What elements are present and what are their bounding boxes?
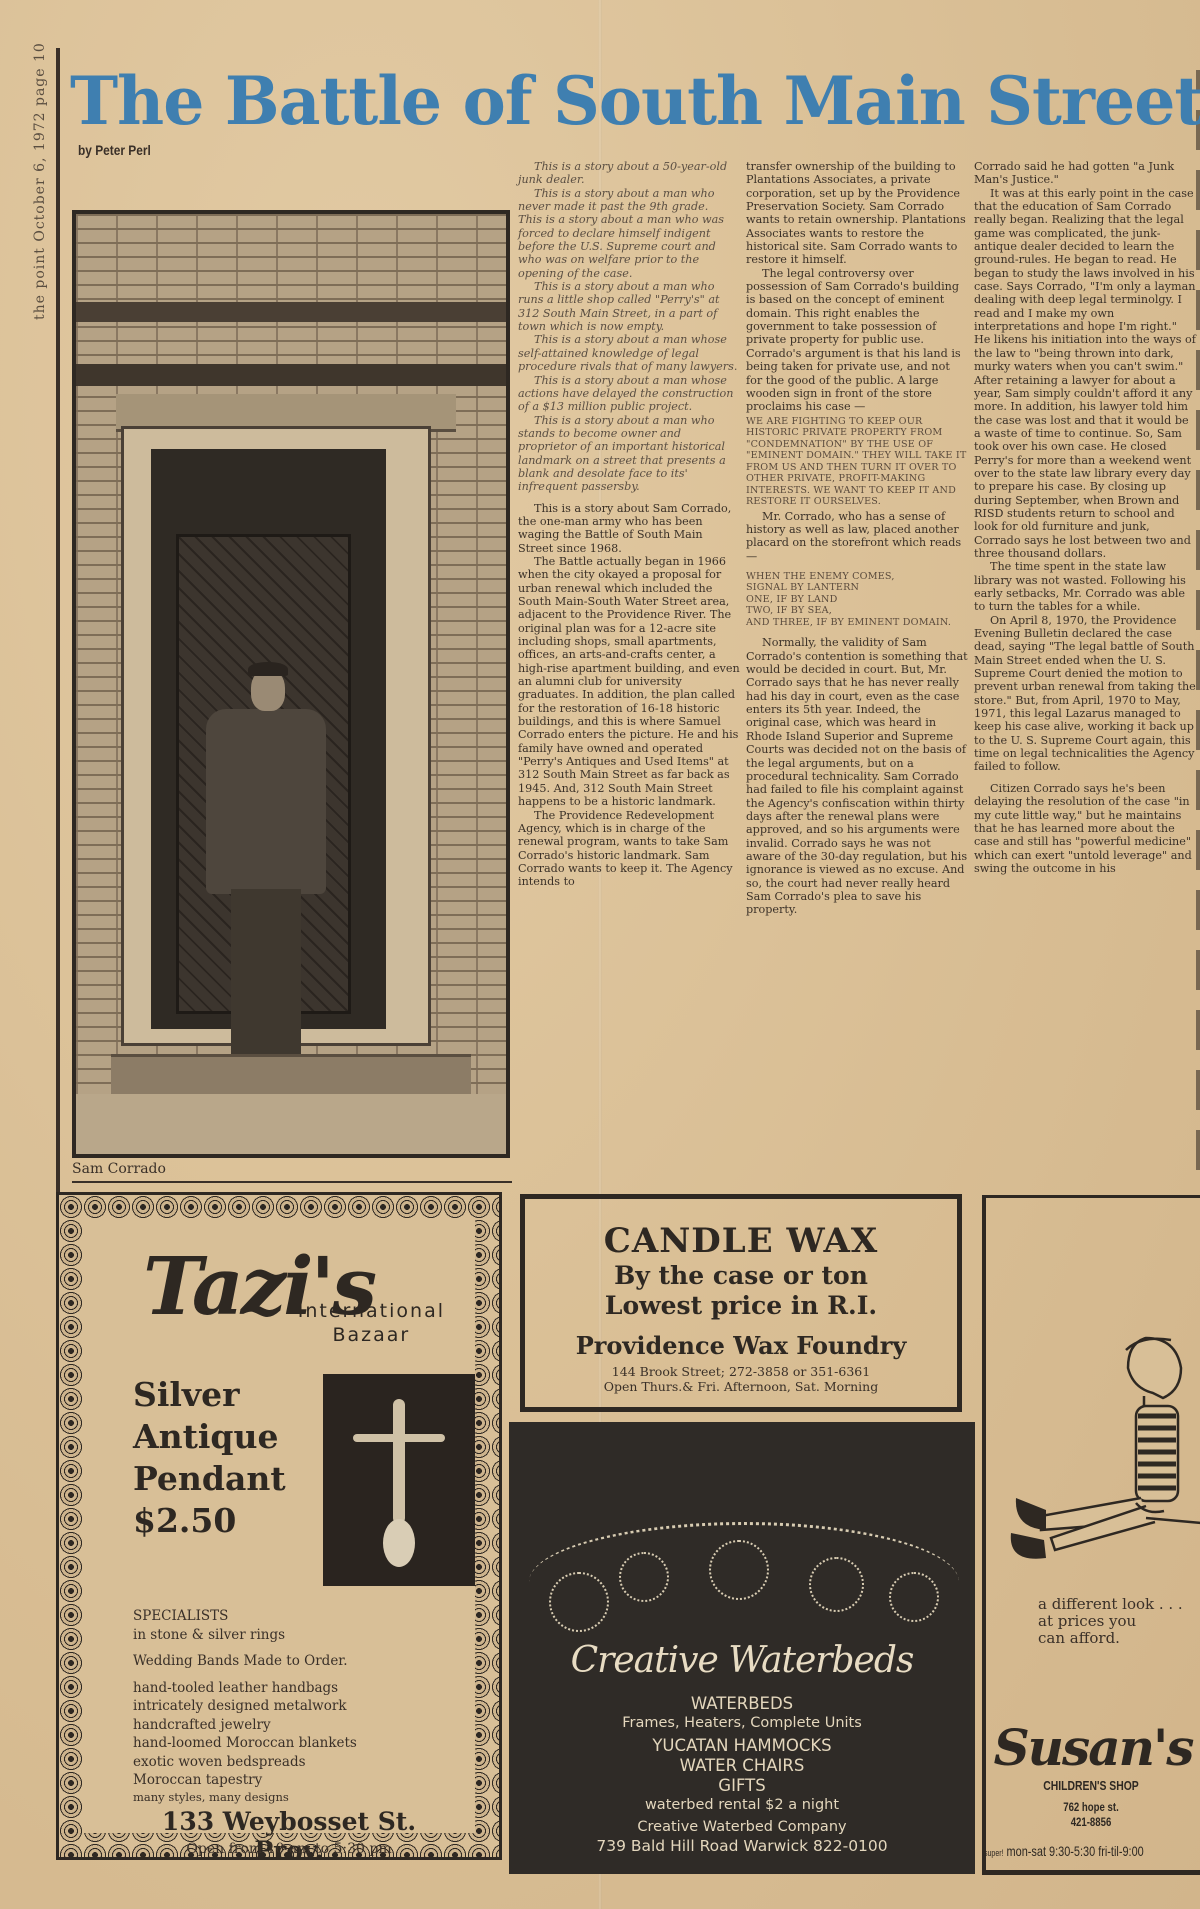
pendant-spoon bbox=[383, 1519, 415, 1567]
photo-caption: Sam Corrado bbox=[72, 1161, 512, 1177]
bubble-icon bbox=[549, 1572, 609, 1632]
body-paragraph: Mr. Corrado, who has a sense of history … bbox=[746, 510, 968, 563]
candle-line: Lowest price in R.I. bbox=[525, 1291, 957, 1321]
placard-line: SIGNAL BY LANTERN bbox=[746, 582, 968, 594]
list-item: WATERBEDS bbox=[509, 1694, 975, 1714]
waterbeds-address: 739 Bald Hill Road Warwick 822-0100 bbox=[509, 1836, 975, 1856]
offer-line: Antique bbox=[133, 1416, 286, 1458]
ad-body: Tazi's International Bazaar Silver Antiq… bbox=[83, 1219, 475, 1833]
super-label: super! bbox=[984, 1848, 1004, 1858]
candle-address: 144 Brook Street; 272-3858 or 351-6361 bbox=[525, 1364, 957, 1379]
placard-line: AND THREE, IF BY EMINENT DOMAIN. bbox=[746, 617, 968, 629]
sign-quote: WE ARE FIGHTING TO KEEP OUR HISTORIC PRI… bbox=[746, 416, 968, 508]
susans-subtitle: CHILDREN'S SHOP bbox=[1007, 1778, 1175, 1793]
body-paragraph: The Battle actually began in 1966 when t… bbox=[518, 555, 740, 809]
candle-title: CANDLE WAX bbox=[525, 1221, 957, 1261]
ad-candle-wax: CANDLE WAX By the case or ton Lowest pri… bbox=[520, 1194, 962, 1412]
photo-sam-corrado bbox=[72, 210, 510, 1158]
pendant-icon bbox=[393, 1399, 405, 1524]
article-column-3: Corrado said he had gotten "a Junk Man's… bbox=[974, 160, 1196, 875]
body-paragraph: The legal controversy over possession of… bbox=[746, 267, 968, 414]
offer-line: Pendant bbox=[133, 1458, 286, 1500]
article-headline: The Battle of South Main Street bbox=[70, 62, 1200, 140]
susans-street: 762 hope st. bbox=[1007, 1800, 1175, 1815]
bubble-icon bbox=[889, 1572, 939, 1622]
tagline-line: a different look . . . bbox=[1038, 1596, 1183, 1613]
list-item: hand-tooled leather handbags bbox=[133, 1679, 493, 1698]
intro-paragraph: This is a story about a man who stands t… bbox=[518, 414, 740, 494]
bubble-icon bbox=[809, 1557, 864, 1612]
list-item: GIFTS bbox=[509, 1776, 975, 1796]
list-item: hand-loomed Moroccan blankets bbox=[133, 1734, 493, 1753]
intro-paragraph: This is a story about a man who was forc… bbox=[518, 213, 740, 280]
susans-phone: 421-8856 bbox=[1007, 1815, 1175, 1830]
ad-susans-childrens-shop: a different look . . . at prices you can… bbox=[982, 1195, 1200, 1875]
pendant-offer: Silver Antique Pendant $2.50 bbox=[133, 1374, 286, 1542]
pendant-crossbar bbox=[353, 1434, 445, 1442]
candle-line: By the case or ton bbox=[525, 1261, 957, 1291]
man-figure bbox=[206, 709, 326, 894]
tazis-hours: Open from 10 am to 5:30 pm bbox=[123, 1841, 455, 1857]
list-item: Moroccan tapestry bbox=[133, 1771, 493, 1790]
tagline-line: at prices you bbox=[1038, 1613, 1183, 1630]
sidewalk bbox=[76, 1094, 506, 1154]
candle-hours: Open Thurs.& Fri. Afternoon, Sat. Mornin… bbox=[525, 1379, 957, 1394]
intro-paragraph: This is a story about a man who runs a l… bbox=[518, 280, 740, 333]
intro-paragraph: This is a story about a man whose action… bbox=[518, 374, 740, 414]
man-cap bbox=[248, 662, 288, 676]
list-item: Frames, Heaters, Complete Units bbox=[509, 1714, 975, 1732]
body-paragraph: This is a story about Sam Corrado, the o… bbox=[518, 502, 740, 555]
caption-rule bbox=[72, 1181, 512, 1183]
bubble-icon bbox=[619, 1552, 669, 1602]
pendant-image bbox=[323, 1374, 475, 1586]
placard-line: ONE, IF BY LAND bbox=[746, 594, 968, 606]
article-column-2: transfer ownership of the building to Pl… bbox=[746, 160, 968, 917]
body-paragraph: Corrado said he had gotten "a Junk Man's… bbox=[974, 160, 1196, 187]
intro-paragraph: This is a story about a 50-year-old junk… bbox=[518, 160, 740, 187]
tagline-line: can afford. bbox=[1038, 1630, 1183, 1647]
tazis-product-list: SPECIALISTS in stone & silver rings Wedd… bbox=[133, 1607, 493, 1804]
susans-tagline: a different look . . . at prices you can… bbox=[1038, 1596, 1183, 1647]
placard-line: TWO, IF BY SEA, bbox=[746, 605, 968, 617]
offer-line: Silver bbox=[133, 1374, 286, 1416]
body-paragraph: It was at this early point in the case t… bbox=[974, 187, 1196, 561]
door-step bbox=[111, 1054, 471, 1094]
list-item: waterbed rental $2 a night bbox=[509, 1796, 975, 1814]
waterbeds-company: Creative Waterbed Company bbox=[509, 1818, 975, 1836]
body-paragraph: The time spent in the state law library … bbox=[974, 560, 1196, 613]
body-paragraph: The Providence Redevelopment Agency, whi… bbox=[518, 809, 740, 889]
ad-tazis-bazaar: Tazi's International Bazaar Silver Antiq… bbox=[56, 1192, 502, 1860]
placard-quote: WHEN THE ENEMY COMES, SIGNAL BY LANTERN … bbox=[746, 571, 968, 629]
boy-illustration-icon bbox=[996, 1328, 1200, 1588]
wood-beam bbox=[76, 364, 506, 386]
list-item: Wedding Bands Made to Order. bbox=[133, 1652, 493, 1671]
folio-line: the point October 6, 1972 page 10 bbox=[32, 50, 48, 320]
list-item: exotic woven bedspreads bbox=[133, 1753, 493, 1772]
intro-paragraph: This is a story about a man whose self-a… bbox=[518, 333, 740, 373]
list-item: intricately designed metalwork bbox=[133, 1697, 493, 1716]
bubble-icon bbox=[709, 1540, 769, 1600]
right-edge-rule bbox=[1196, 70, 1200, 1170]
body-paragraph: On April 8, 1970, the Providence Evening… bbox=[974, 614, 1196, 774]
list-note: many styles, many designs bbox=[133, 1790, 493, 1804]
subtitle-line: Bazaar bbox=[298, 1323, 445, 1347]
article-column-1: This is a story about a 50-year-old junk… bbox=[518, 160, 740, 889]
susans-hours: super! mon-sat 9:30-5:30 fri-til-9:00 bbox=[984, 1843, 1152, 1859]
list-item: YUCATAN HAMMOCKS bbox=[509, 1736, 975, 1756]
waterbeds-list: WATERBEDS Frames, Heaters, Complete Unit… bbox=[509, 1694, 975, 1856]
wood-beam bbox=[76, 302, 506, 322]
hours-text: mon-sat 9:30-5:30 fri-til-9:00 bbox=[1007, 1843, 1144, 1859]
man-legs bbox=[231, 889, 301, 1054]
body-paragraph: Citizen Corrado says he's been delaying … bbox=[974, 782, 1196, 875]
list-heading: SPECIALISTS bbox=[133, 1607, 493, 1626]
list-item: handcrafted jewelry bbox=[133, 1716, 493, 1735]
list-item: in stone & silver rings bbox=[133, 1626, 493, 1645]
body-paragraph: Normally, the validity of Sam Corrado's … bbox=[746, 636, 968, 916]
list-item: WATER CHAIRS bbox=[509, 1756, 975, 1776]
waterbeds-logo: Creative Waterbeds bbox=[509, 1640, 975, 1681]
tazis-subtitle: International Bazaar bbox=[298, 1299, 445, 1347]
offer-price: $2.50 bbox=[133, 1500, 286, 1542]
susans-address: 762 hope st. 421-8856 bbox=[1007, 1800, 1175, 1830]
susans-logo: Susan's bbox=[988, 1718, 1198, 1777]
candle-company: Providence Wax Foundry bbox=[525, 1331, 957, 1360]
article-byline: by Peter Perl bbox=[78, 142, 151, 158]
ad-creative-waterbeds: Creative Waterbeds WATERBEDS Frames, Hea… bbox=[509, 1422, 975, 1874]
intro-paragraph: This is a story about a man who never ma… bbox=[518, 187, 740, 214]
placard-line: WHEN THE ENEMY COMES, bbox=[746, 571, 968, 583]
subtitle-line: International bbox=[298, 1299, 445, 1323]
body-paragraph: transfer ownership of the building to Pl… bbox=[746, 160, 968, 267]
